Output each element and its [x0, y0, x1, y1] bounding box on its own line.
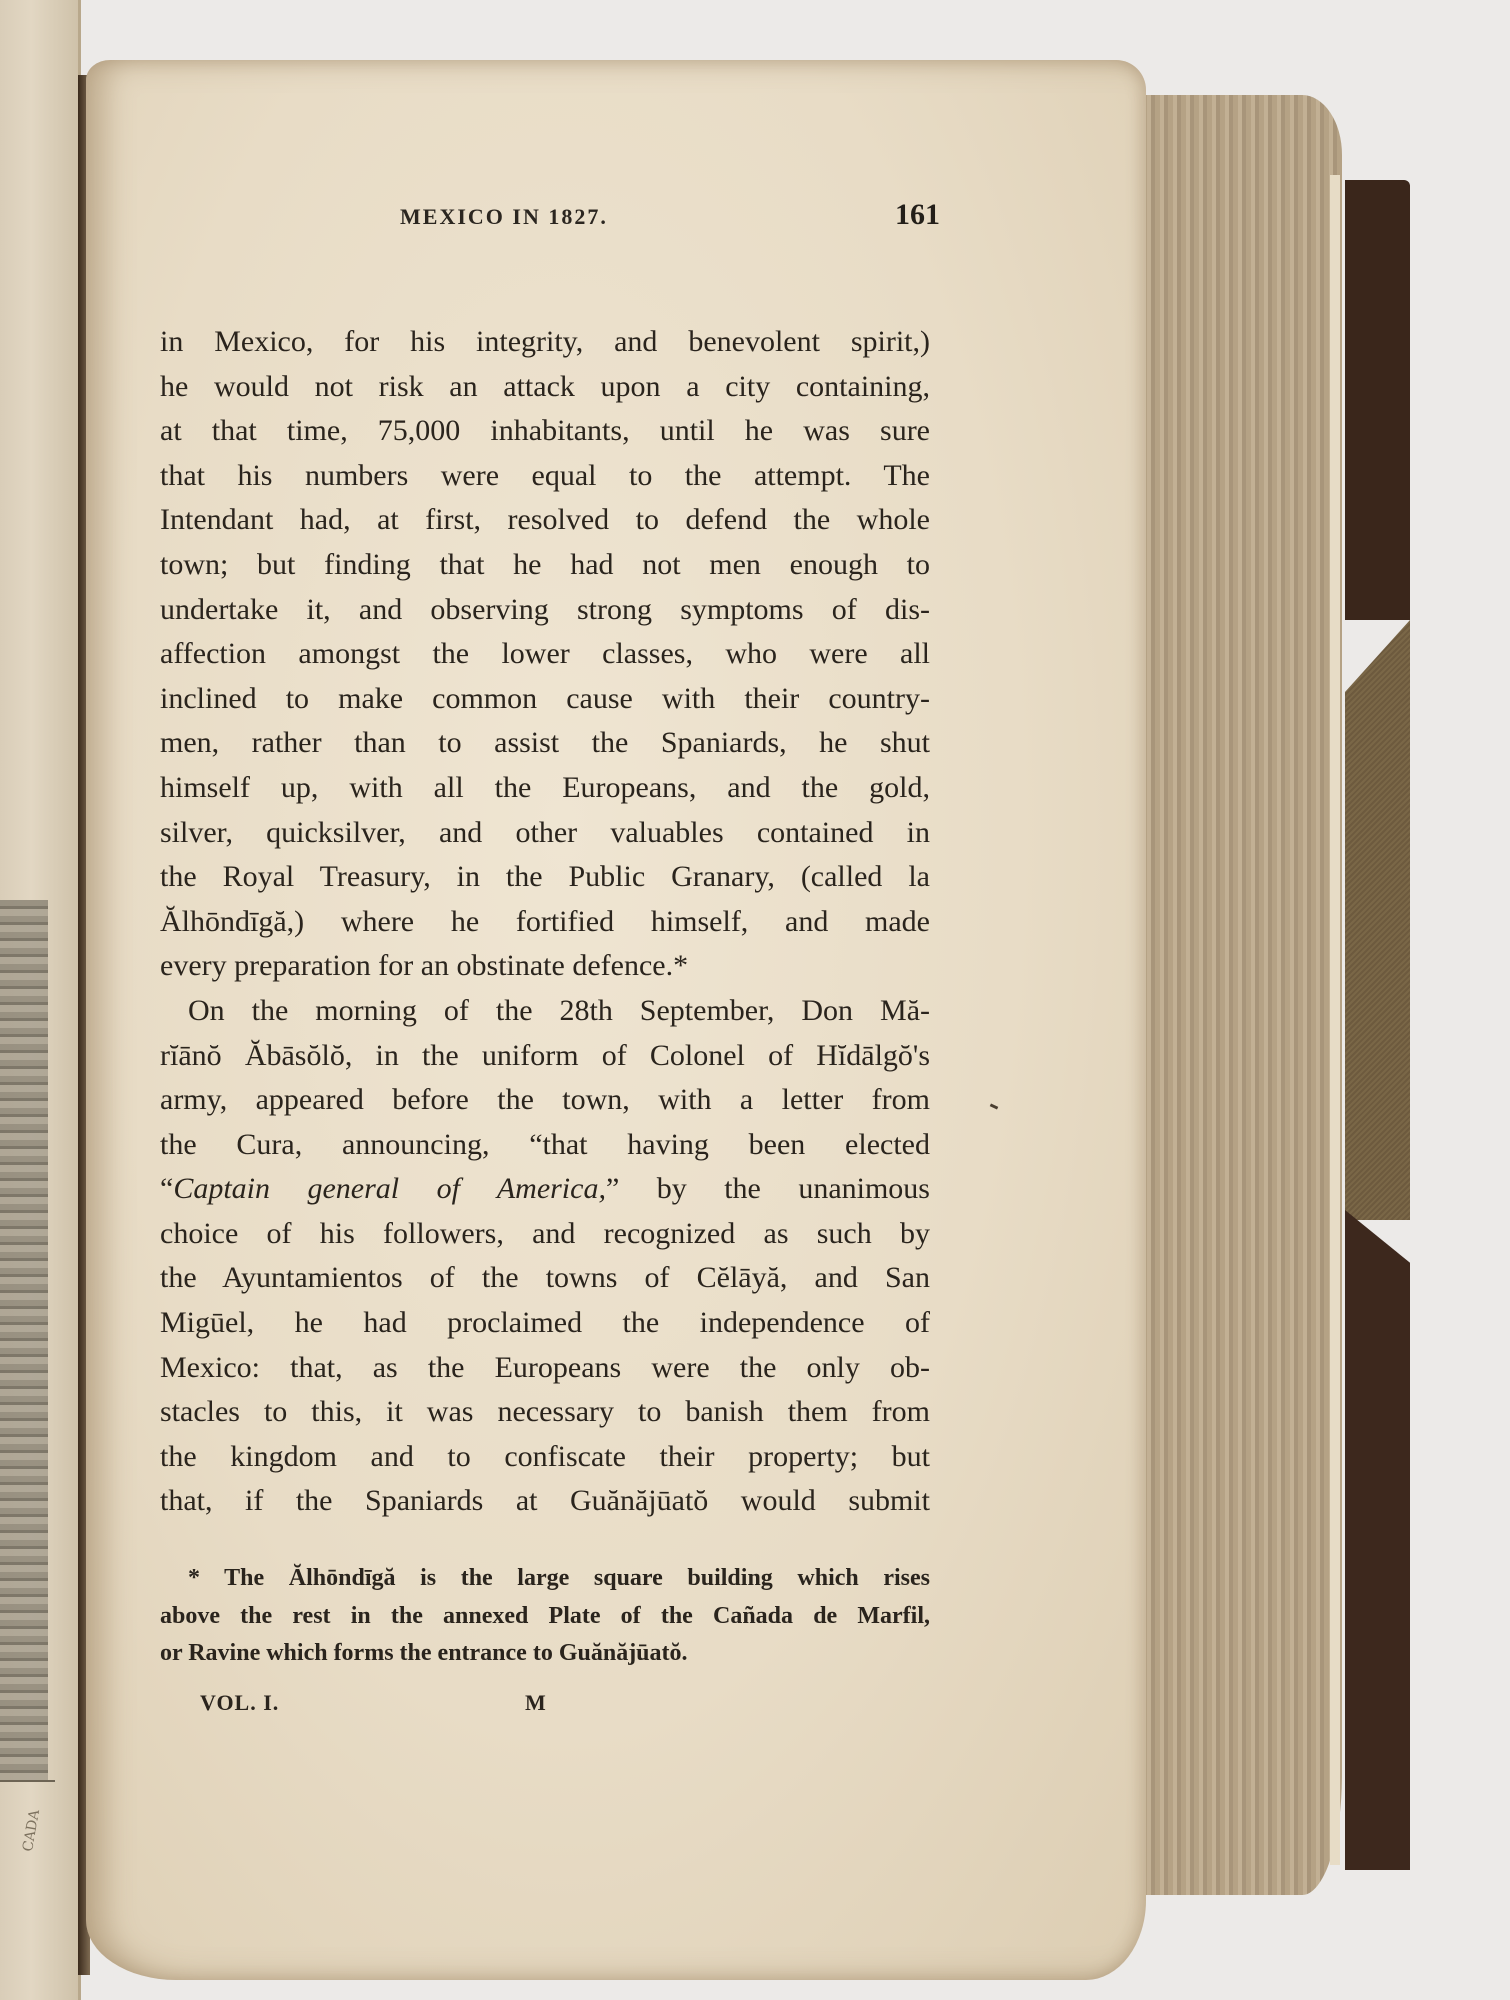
text-line: army, appeared before the town, with a l…: [160, 1078, 930, 1123]
plate-engraving-image: [0, 900, 48, 1780]
page-header: MEXICO IN 1827. 161: [400, 198, 940, 238]
volume-label: VOL. I.: [200, 1690, 279, 1716]
facing-page-plate: CADA: [0, 0, 81, 2000]
text-line: choice of his followers, and recognized …: [160, 1212, 930, 1257]
text-line: Mexico: that, as the Europeans were the …: [160, 1346, 930, 1391]
text-line: Migūel, he had proclaimed the independen…: [160, 1301, 930, 1346]
plate-border-line: [0, 1780, 55, 1782]
text-line: stacles to this, it was necessary to ban…: [160, 1390, 930, 1435]
text-line: silver, quicksilver, and other valuables…: [160, 811, 930, 856]
text-line: rĭānŏ Ăbāsŏlŏ, in the uniform of Colonel…: [160, 1034, 930, 1079]
text-line: the Ayuntamientos of the towns of Cĕlāyă…: [160, 1256, 930, 1301]
footnote-line: or Ravine which forms the entrance to Gu…: [160, 1635, 930, 1673]
text-line: Ălhōndīgă,) where he fortified himself, …: [160, 900, 930, 945]
text-line: town; but finding that he had not men en…: [160, 543, 930, 588]
page-block-fore-edge: [1142, 95, 1342, 1895]
text-line: inclined to make common cause with their…: [160, 677, 930, 722]
signature-line: VOL. I. M: [200, 1690, 600, 1720]
footnote-line: * The Ălhōndīgă is the large square buil…: [160, 1560, 930, 1598]
text-line: at that time, 75,000 inhabitants, until …: [160, 409, 930, 454]
italic-title: Captain general of America,: [173, 1172, 606, 1205]
quote-open: “: [160, 1172, 173, 1205]
footnote: * The Ălhōndīgă is the large square buil…: [160, 1560, 930, 1673]
text-line: the kingdom and to confiscate their prop…: [160, 1435, 930, 1480]
text-line: that his numbers were equal to the attem…: [160, 454, 930, 499]
text-line: undertake it, and observing strong sympt…: [160, 588, 930, 633]
text-line: the Cura, announcing, “that having been …: [160, 1123, 930, 1168]
text-line: the Royal Treasury, in the Public Granar…: [160, 855, 930, 900]
footnote-line: above the rest in the annexed Plate of t…: [160, 1598, 930, 1636]
text-line: that, if the Spaniards at Guănăjūatŏ wou…: [160, 1479, 930, 1524]
text-line: affection amongst the lower classes, who…: [160, 632, 930, 677]
text-line: in Mexico, for his integrity, and benevo…: [160, 320, 930, 365]
italic-title-line: “Captain general of America,” by the una…: [160, 1167, 930, 1212]
body-text: in Mexico, for his integrity, and benevo…: [160, 320, 930, 1524]
cover-cloth-panel: [1345, 620, 1410, 1220]
quote-rest: ” by the unanimous: [606, 1172, 930, 1205]
page-number: 161: [895, 198, 940, 232]
running-title: MEXICO IN 1827.: [400, 204, 608, 230]
signature-mark: M: [525, 1690, 546, 1716]
text-line: every preparation for an obstinate defen…: [160, 944, 930, 989]
cover-leather-top: [1345, 180, 1410, 620]
text-line: himself up, with all the Europeans, and …: [160, 766, 930, 811]
text-line: men, rather than to assist the Spaniards…: [160, 721, 930, 766]
text-line: he would not risk an attack upon a city …: [160, 365, 930, 410]
endpaper-edge: [1330, 175, 1340, 1865]
text-line: Intendant had, at first, resolved to def…: [160, 498, 930, 543]
plate-caption: CADA: [20, 1808, 43, 1852]
cover-leather-bottom: [1345, 1210, 1410, 1870]
paragraph-start-line: On the morning of the 28th September, Do…: [160, 989, 930, 1034]
